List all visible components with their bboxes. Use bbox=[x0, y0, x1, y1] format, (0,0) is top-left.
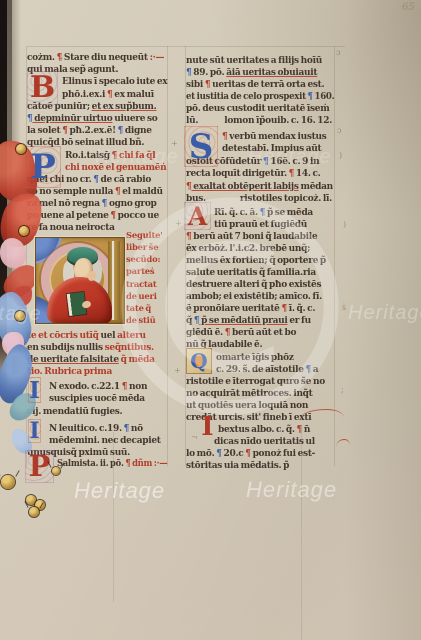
left-column-line: ¶ depminūr uirtuo uiuere so bbox=[27, 113, 157, 125]
folio-number: 65 bbox=[402, 2, 415, 13]
drop-cap-p: P bbox=[25, 146, 61, 188]
text-segment: cożm. bbox=[27, 53, 57, 63]
text-segment: Stare diu nequeūt bbox=[62, 53, 150, 63]
gold-bezant bbox=[1, 475, 15, 489]
text-segment: āiā ueritas obuiauit bbox=[226, 68, 317, 78]
left-column-line: la solet ¶ pħ.2.ex.ē! ¶ digne bbox=[27, 125, 152, 137]
left-column-line: cożm. ¶ Stare diu nequeūt :·— bbox=[27, 52, 164, 64]
text-segment: pħ.2.ex.ē! bbox=[68, 126, 118, 136]
left-column-line: phō.i.ex.i ¶ ex maluī bbox=[62, 89, 154, 101]
heritage-watermark-text: Heritage bbox=[246, 477, 337, 503]
text-segment: et iustitia de celo prospexit bbox=[186, 92, 308, 102]
text-segment: nute sūt ueritates a filijs hoīū bbox=[186, 56, 322, 66]
text-segment: Elinus ī specalo iute ex bbox=[62, 77, 167, 87]
text-segment: ueritas de terrā orta est. bbox=[210, 80, 324, 90]
text-segment: depminūr uirtuo bbox=[32, 114, 112, 124]
text-segment: et ex sup̃bum. bbox=[92, 102, 157, 112]
drop-cap-b: B bbox=[27, 71, 58, 105]
text-segment: lū. bbox=[186, 116, 198, 126]
text-segment: uiuere so bbox=[112, 114, 157, 124]
text-segment: digne bbox=[123, 126, 152, 136]
text-segment: :·— bbox=[150, 53, 165, 63]
gold-bezant bbox=[19, 226, 29, 236]
text-segment: phō.i.ex.i bbox=[62, 90, 107, 100]
margin-pen-mark: ɔ bbox=[336, 48, 340, 57]
heritage-watermark-text: Heritage bbox=[348, 302, 421, 325]
right-column-line: pō. deus custodit ueritatē īseṁ bbox=[186, 103, 329, 115]
heritage-watermark-text: Heritage bbox=[248, 146, 332, 169]
text-segment: pō. deus custodit ueritatē īseṁ bbox=[186, 104, 329, 114]
acanthus-leaf-pink bbox=[0, 238, 26, 268]
right-column-line: nute sūt ueritates a filijs hoīū bbox=[186, 55, 322, 67]
text-segment: sibi bbox=[186, 80, 205, 90]
text-segment: ex maluī bbox=[112, 90, 153, 100]
copyright-watermark-icon: © bbox=[80, 162, 380, 462]
manuscript-page: cożm. ¶ Stare diu nequeūt :·—qui mala se… bbox=[0, 0, 421, 640]
heritage-watermark-text: Heritage bbox=[74, 478, 165, 504]
heritage-watermark-text: Heritage bbox=[95, 146, 179, 169]
right-column-line: ¶ 89. pō. āiā ueritas obuiauit bbox=[186, 67, 317, 79]
drop-cap-i: I bbox=[28, 377, 41, 403]
gold-bezant bbox=[29, 507, 39, 517]
gold-bezant bbox=[16, 144, 26, 154]
text-segment: 89. pō. bbox=[191, 68, 226, 78]
heritage-watermark-text: Heritage bbox=[0, 303, 42, 326]
left-column-line: Elinus ī specalo iute ex bbox=[62, 76, 167, 88]
text-segment: 160. bbox=[313, 92, 335, 102]
text-segment: lomon īp̃ouib. c. 16. 12. bbox=[224, 116, 332, 126]
right-column-line: et iustitia de celo prospexit ¶ 160. bbox=[186, 91, 334, 103]
margin-pen-mark: ɔ bbox=[337, 126, 341, 135]
margin-pen-mark: ~ bbox=[57, 54, 64, 63]
ruling-horizontal bbox=[27, 46, 345, 47]
gold-bezant bbox=[52, 467, 60, 475]
right-column-line: sibi ¶ ueritas de terrā orta est. bbox=[186, 79, 324, 91]
text-segment: la solet bbox=[27, 126, 62, 136]
drop-cap-i: I bbox=[28, 419, 41, 443]
